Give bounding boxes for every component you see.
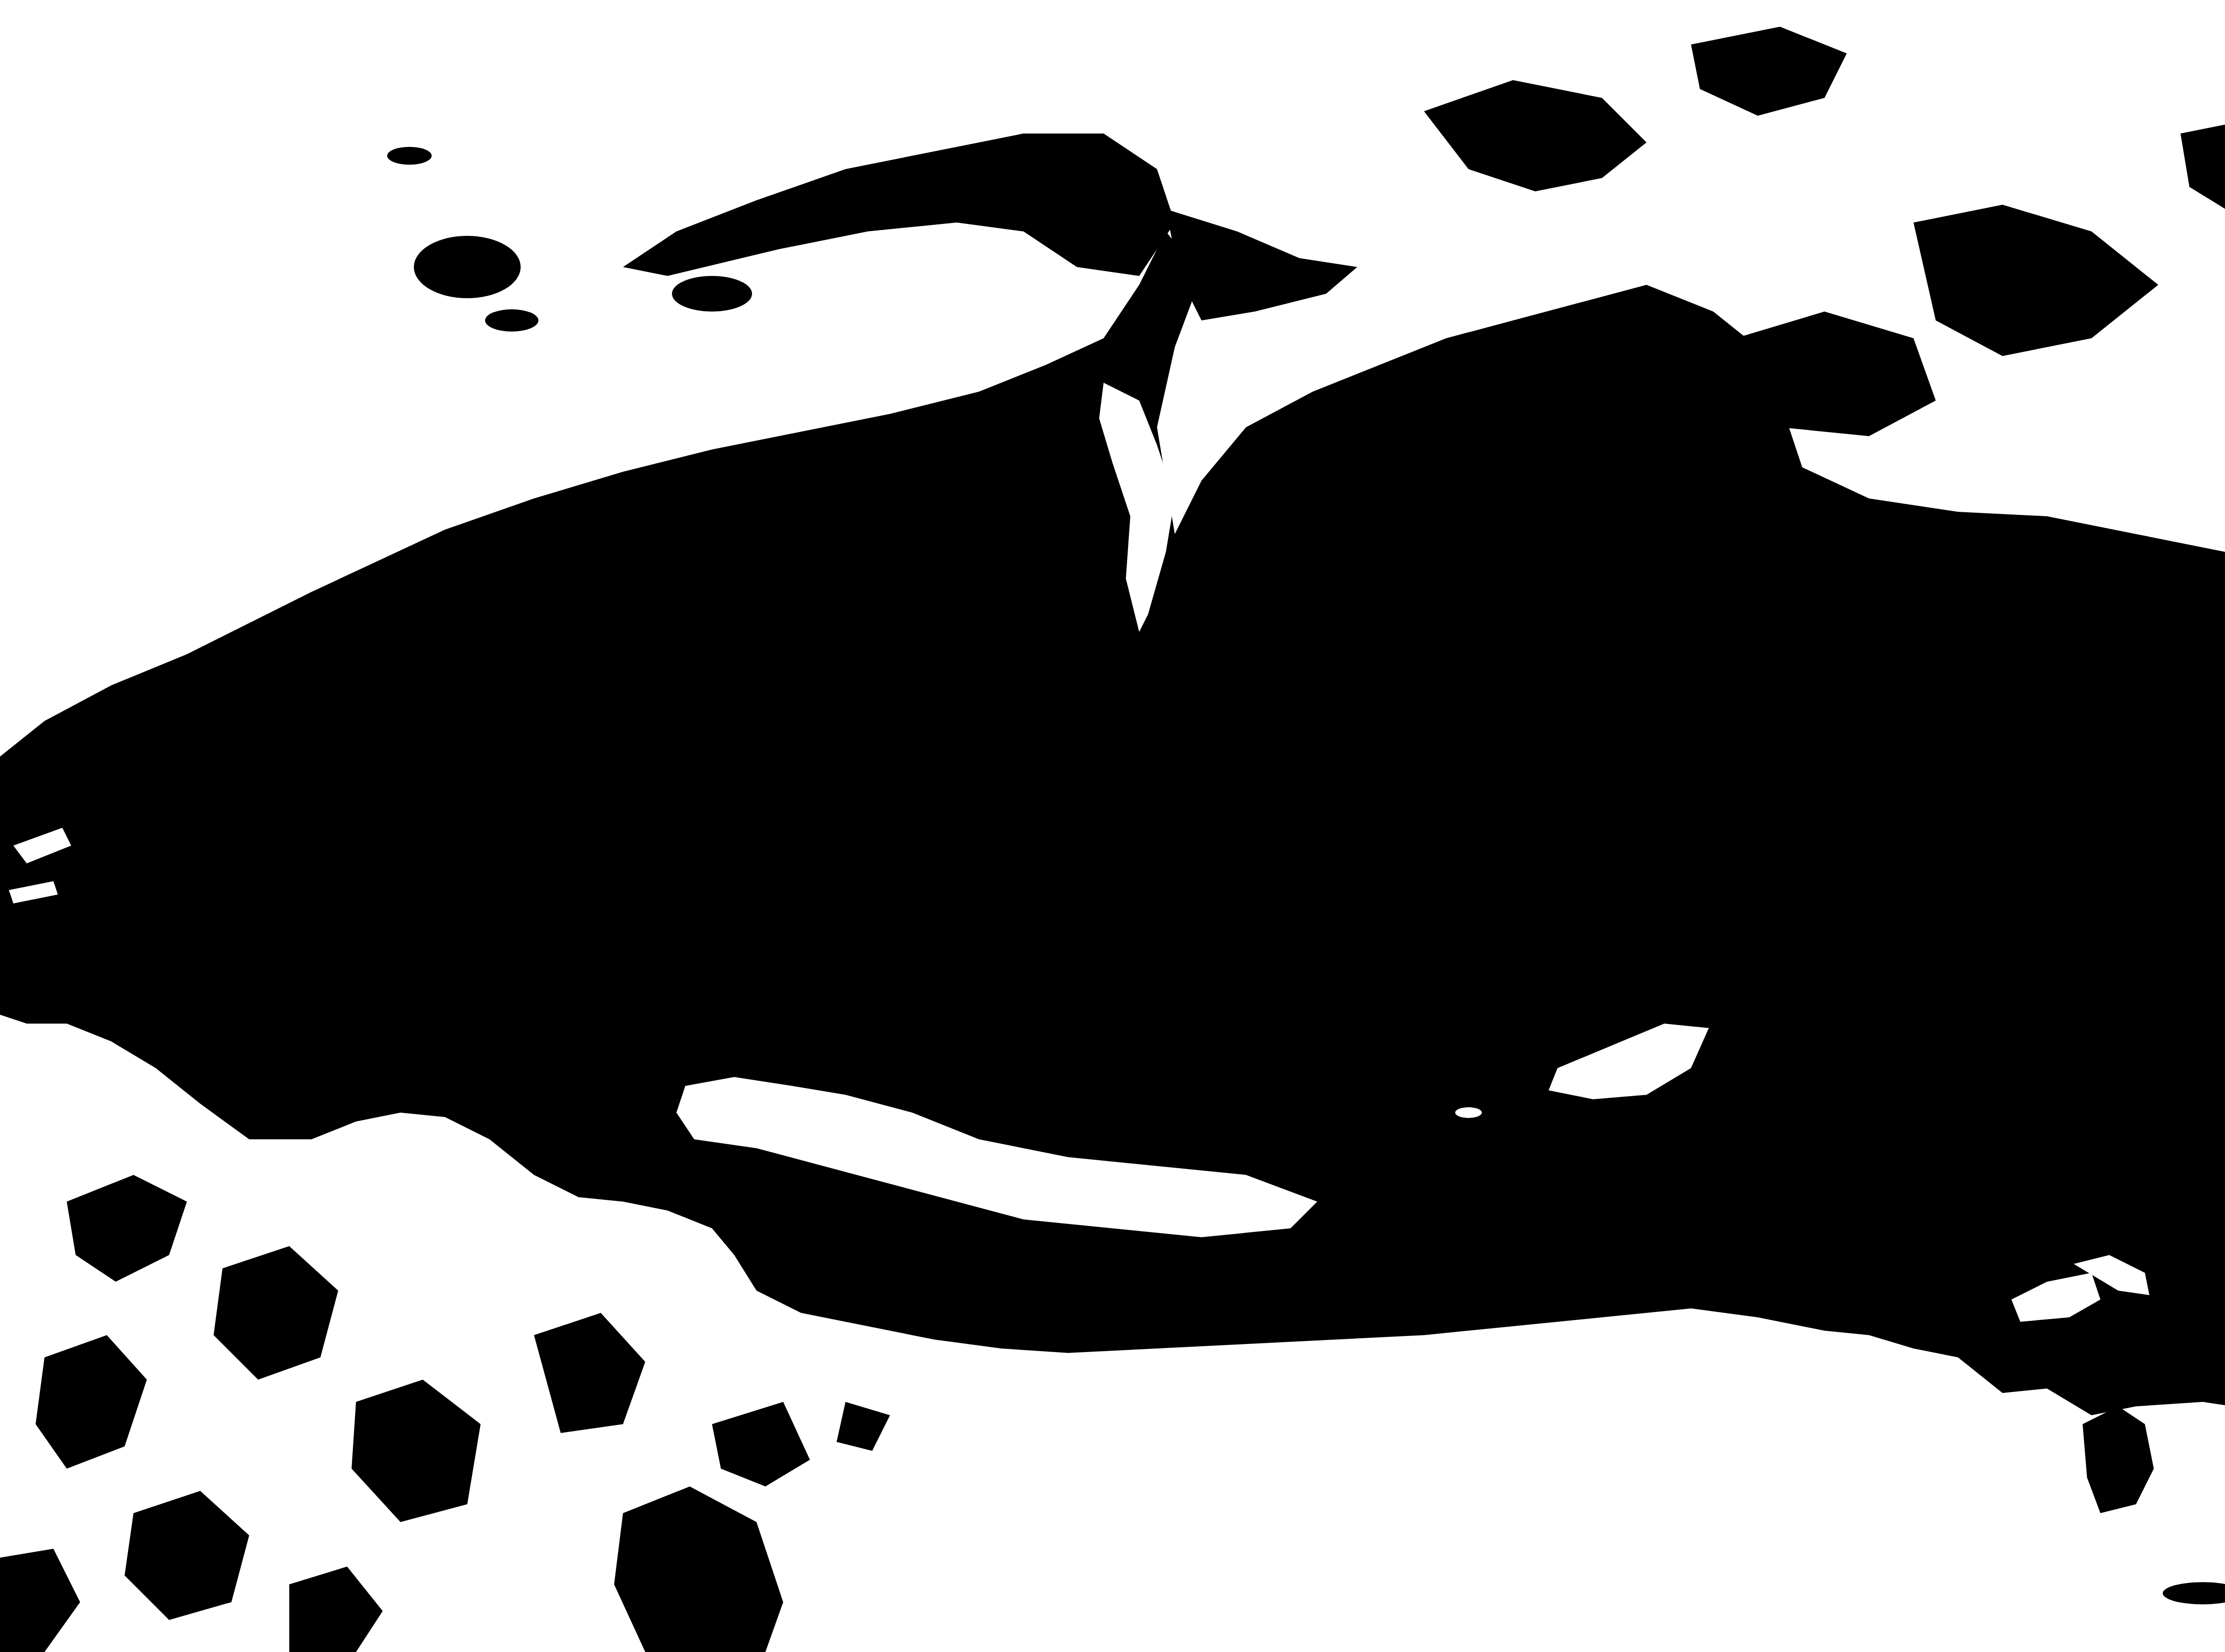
cloud-island-small [1455,1107,1482,1118]
cloud-gap [414,236,521,298]
cloud-gap [387,147,432,165]
cloud-gap [672,276,752,312]
cloud-gap [485,309,538,332]
thresholded-aerial-photo [0,0,2225,1652]
